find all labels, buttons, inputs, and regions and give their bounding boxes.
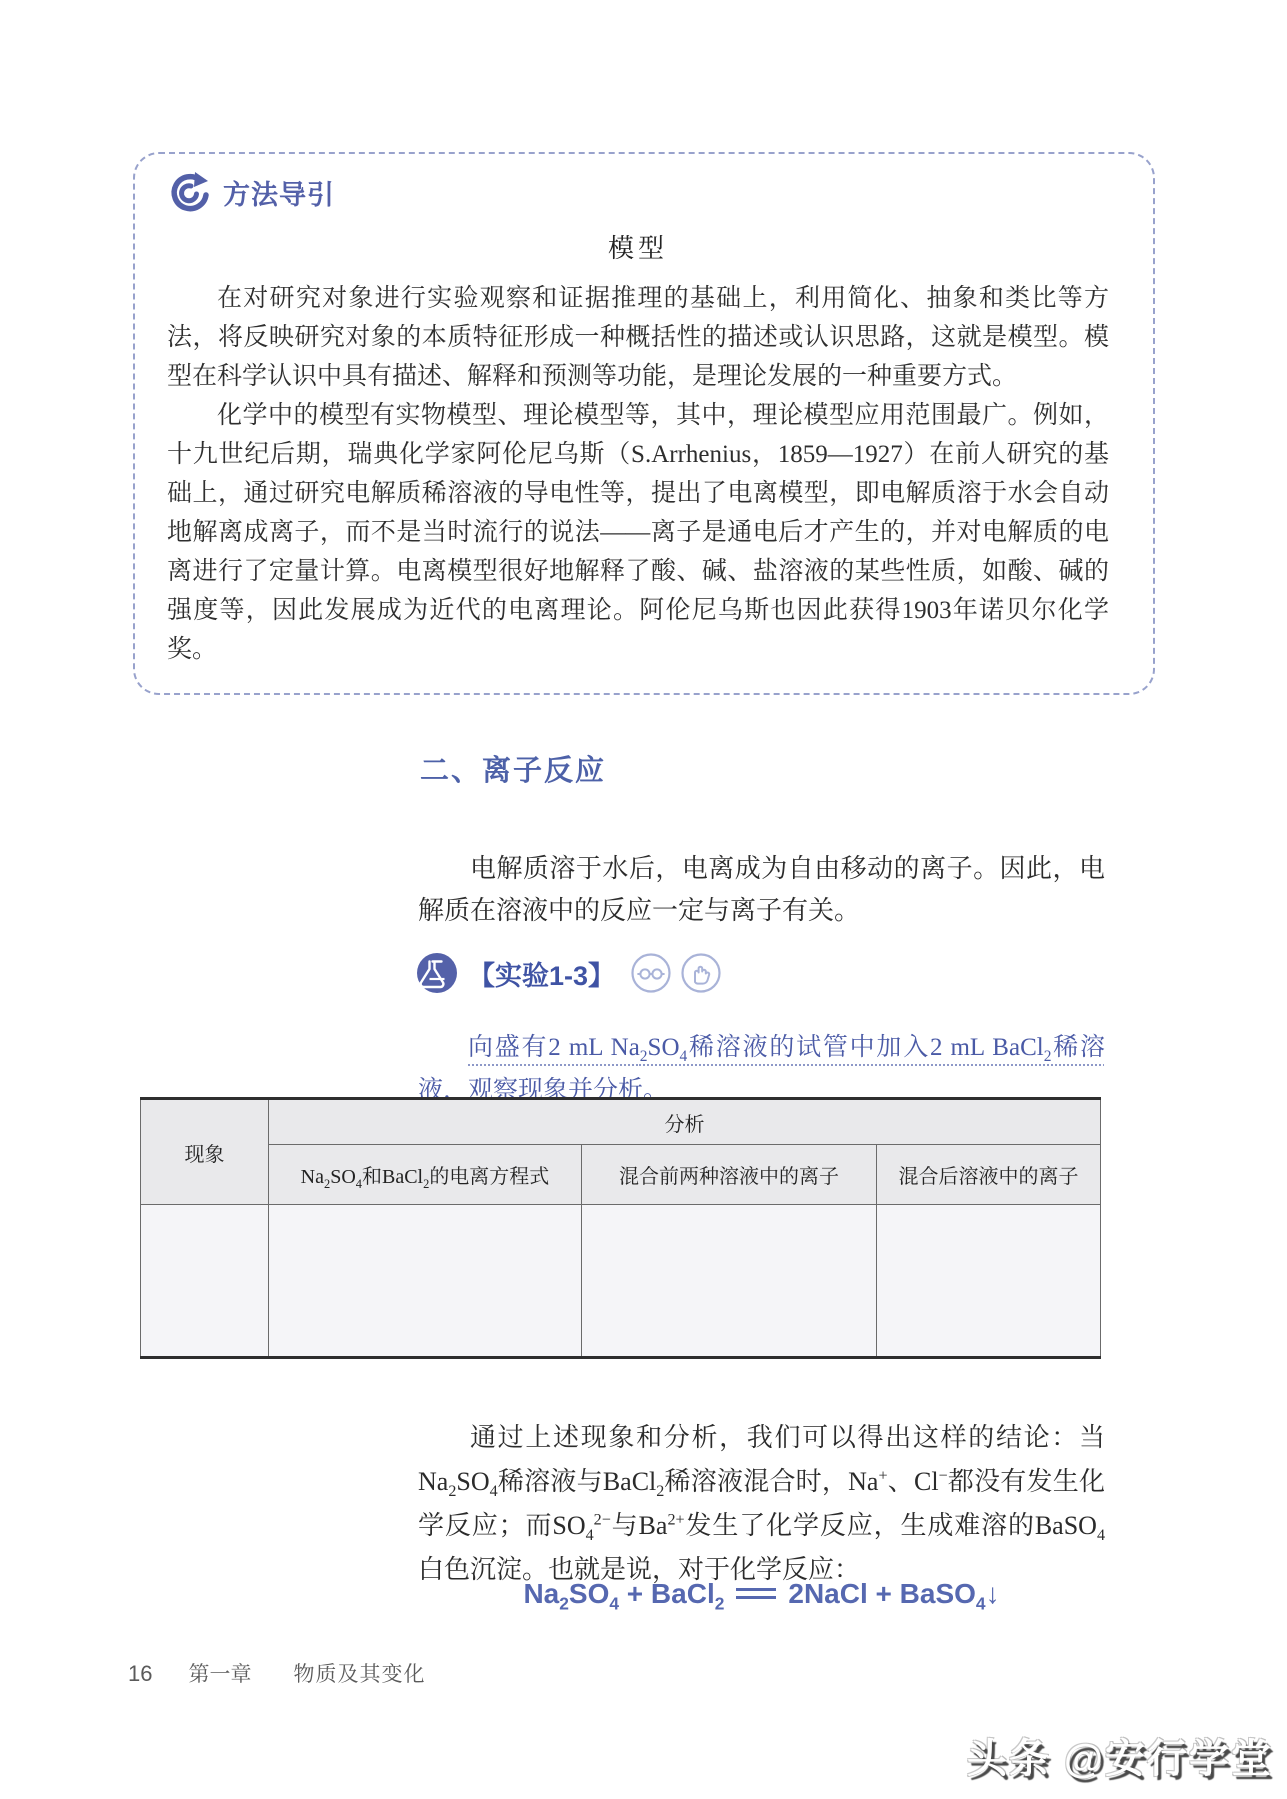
table-subheader-ions-after-mixing: 混合后溶液中的离子	[877, 1145, 1101, 1205]
experiment-instruction-text: 向盛有2 mL Na2SO4稀溶液的试管中加入2 mL BaCl2稀溶液，观察现…	[418, 1034, 1105, 1104]
analysis-table: 现象 分析 Na2SO4和BaCl2的电离方程式 混合前两种溶液中的离子 混合后…	[140, 1097, 1101, 1359]
method-paragraph-1: 在对研究对象进行实验观察和证据推理的基础上，利用简化、抽象和类比等方法，将反映研…	[167, 279, 1109, 396]
method-paragraph-2: 化学中的模型有实物模型、理论模型等，其中，理论模型应用范围最广。例如，十九世纪后…	[167, 396, 1109, 669]
equation-rhs: 2NaCl + BaSO4↓	[788, 1578, 999, 1609]
method-box-title: 模型	[167, 228, 1109, 265]
experiment-callout: 【实验1-3】	[416, 952, 721, 994]
table-header-analysis: 分析	[269, 1099, 1101, 1145]
analysis-table-grid: 现象 分析 Na2SO4和BaCl2的电离方程式 混合前两种溶液中的离子 混合后…	[140, 1097, 1101, 1359]
flask-icon	[416, 952, 458, 994]
table-cell-ionization-equations	[269, 1205, 582, 1358]
method-guide-label: 方法导引	[223, 173, 335, 212]
watermark: 头条 @安行学堂	[967, 1727, 1273, 1784]
gloves-icon	[681, 953, 721, 993]
method-guide-spiral-icon	[167, 170, 211, 214]
equation-lhs: Na2SO4 + BaCl2	[523, 1578, 724, 1609]
conclusion-paragraph: 通过上述现象和分析，我们可以得出这样的结论：当Na2SO4稀溶液与BaCl2稀溶…	[418, 1416, 1105, 1592]
method-guide-header: 方法导引	[167, 166, 1109, 218]
textbook-page: 方法导引 模型 在对研究对象进行实验观察和证据推理的基础上，利用简化、抽象和类比…	[0, 0, 1287, 1799]
intro-paragraph: 电解质溶于水后，电离成为自由移动的离子。因此，电解质在溶液中的反应一定与离子有关…	[418, 848, 1105, 932]
table-cell-ions-before	[582, 1205, 877, 1358]
page-footer: 16 第一章 物质及其变化	[128, 1658, 425, 1688]
chapter-label: 第一章	[188, 1658, 251, 1688]
table-header-phenomenon: 现象	[141, 1099, 269, 1205]
section-heading-ion-reactions: 二、离子反应	[420, 748, 606, 789]
page-number: 16	[128, 1661, 152, 1687]
table-cell-phenomenon	[141, 1205, 269, 1358]
method-guide-box: 方法导引 模型 在对研究对象进行实验观察和证据推理的基础上，利用简化、抽象和类比…	[133, 152, 1155, 695]
table-cell-ions-after	[877, 1205, 1101, 1358]
goggles-icon	[631, 953, 671, 993]
table-subheader-ions-before-mixing: 混合前两种溶液中的离子	[582, 1145, 877, 1205]
chemical-equation: Na2SO4 + BaCl22NaCl + BaSO4↓	[418, 1578, 1105, 1610]
chapter-title: 物质及其变化	[293, 1658, 425, 1688]
experiment-label: 【实验1-3】	[468, 954, 615, 993]
table-subheader-ionization-equations: Na2SO4和BaCl2的电离方程式	[269, 1145, 582, 1205]
double-equals-sign	[736, 1588, 776, 1599]
